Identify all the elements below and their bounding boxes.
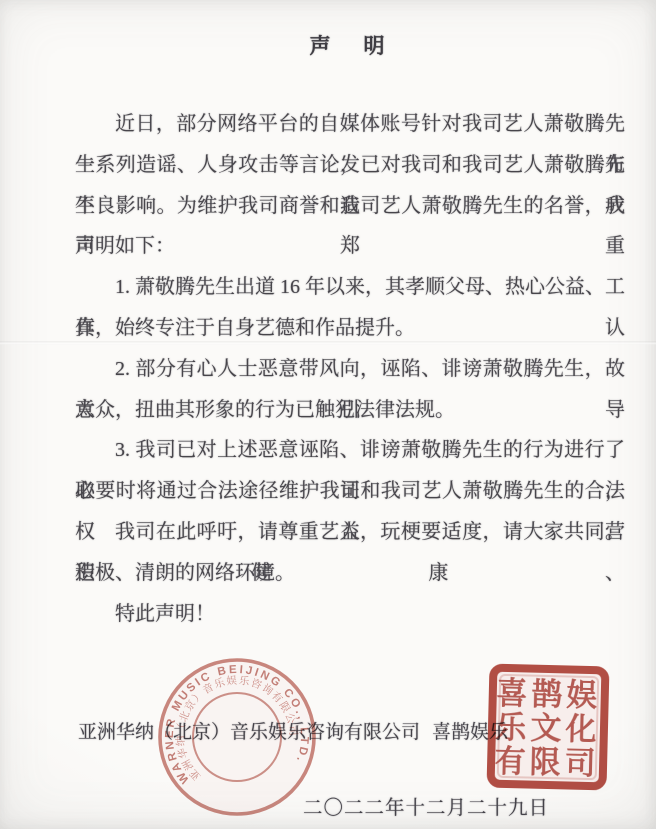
statement-title: 声 明 bbox=[75, 30, 625, 58]
square-seal-row: 乐文化 bbox=[495, 710, 601, 748]
statement-line: 我司在此呼吁，请尊重艺人，玩梗要适度，请大家共同营造健康、 bbox=[75, 512, 625, 553]
statement-line: 必要时将通过合法途径维护我司和我司艺人萧敬腾先生的合法权益。 bbox=[75, 471, 625, 512]
statement-line: 近日，部分网络平台的自媒体账号针对我司艺人萧敬腾先生发布 bbox=[75, 104, 625, 145]
statement-line: 1. 萧敬腾先生出道 16 年以来，其孝顺父母、热心公益、工作认 bbox=[75, 267, 625, 308]
statement-line: 特此声明！ bbox=[75, 594, 625, 635]
statement-line: 2. 部分有心人士恶意带风向，诬陷、诽谤萧敬腾先生，故意引导 bbox=[75, 349, 625, 390]
statement-body: 近日，部分网络平台的自媒体账号针对我司艺人萧敬腾先生发布 一系列造谣、人身攻击等… bbox=[75, 104, 625, 634]
signature-company-warner: 亚洲华纳（北京）音乐娱乐咨询有限公司 bbox=[78, 720, 420, 746]
statement-document: 声 明 近日，部分网络平台的自媒体账号针对我司艺人萧敬腾先生发布 一系列造谣、人… bbox=[0, 0, 656, 829]
signature-company-magpie: 喜鹊娱乐 bbox=[432, 720, 508, 746]
square-seal-row: 有限司 bbox=[494, 744, 600, 782]
statement-line: 不良影响。为维护我司商誉和我司艺人萧敬腾先生的名誉，我司郑重 bbox=[75, 186, 625, 227]
statement-date: 二〇二二年十二月二十九日 bbox=[303, 792, 549, 820]
square-seal-row: 喜鹊娱 bbox=[496, 676, 602, 714]
statement-line: 一系列造谣、人身攻击等言论，已对我司和我司艺人萧敬腾先生造成 bbox=[75, 145, 625, 186]
statement-line: 3. 我司已对上述恶意诬陷、诽谤萧敬腾先生的行为进行了取证， bbox=[75, 430, 625, 471]
